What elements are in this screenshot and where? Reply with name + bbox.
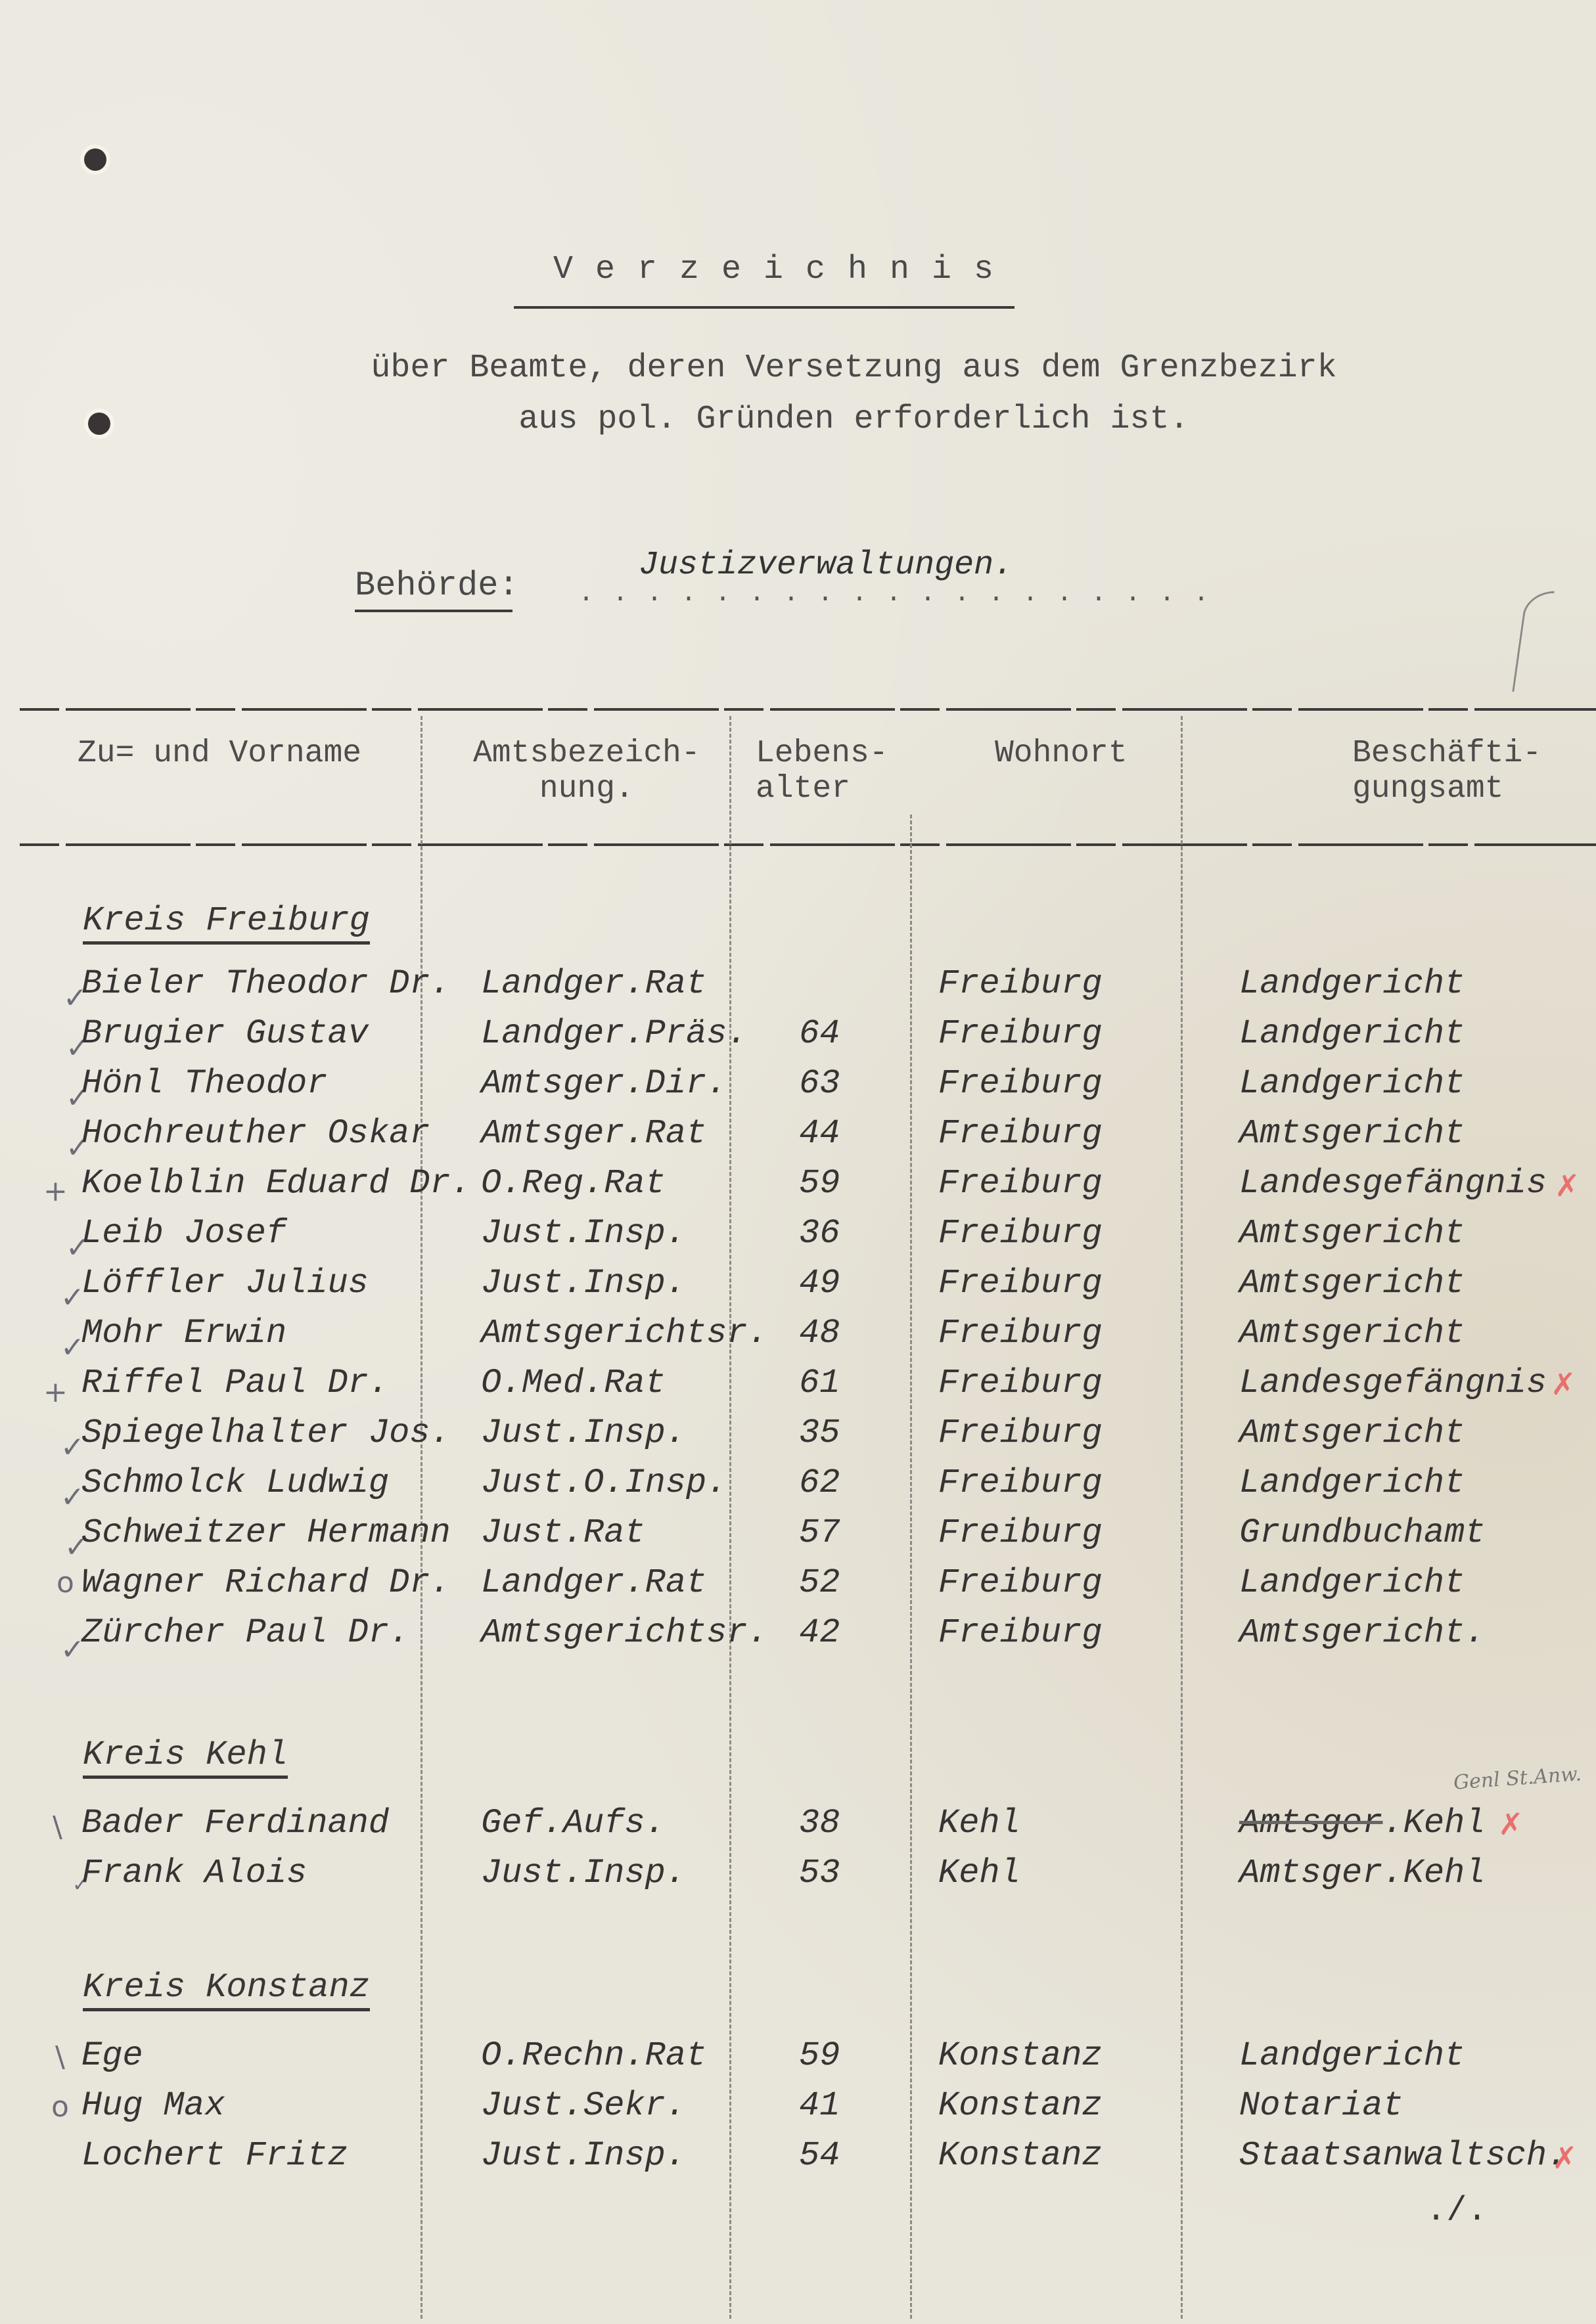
header-top-rule xyxy=(20,708,1596,711)
cell-residence: Freiburg xyxy=(938,1114,1103,1153)
cell-residence: Freiburg xyxy=(938,1214,1103,1253)
cell-office: Landgericht xyxy=(1239,1064,1465,1103)
column-header-name-line1: Zu= und Vorname xyxy=(78,736,361,771)
table-row: ✓ Frank Alois Just.Insp. 53 Kehl Amtsger… xyxy=(0,1854,1596,1904)
cell-title: Just.Sekr. xyxy=(481,2086,686,2125)
cell-name: Wagner Richard Dr. xyxy=(81,1563,451,1602)
cell-residence: Freiburg xyxy=(938,1414,1103,1452)
cell-office: Amtsgericht. xyxy=(1239,1613,1485,1652)
cell-residence: Freiburg xyxy=(938,1513,1103,1552)
cell-office: Landgericht xyxy=(1239,1014,1465,1053)
cell-title: Landger.Rat xyxy=(481,1563,706,1602)
table-row: o Wagner Richard Dr. Landger.Rat 52 Frei… xyxy=(0,1563,1596,1613)
cell-age: 36 xyxy=(799,1214,840,1253)
document-title: Verzeichnis xyxy=(0,251,1596,288)
table-row: ✓ Brugier Gustav Landger.Präs. 64 Freibu… xyxy=(0,1014,1596,1064)
cell-title: O.Med.Rat xyxy=(481,1364,666,1402)
column-header-name: Zu= und Vorname xyxy=(78,736,361,771)
cell-name: Bieler Theodor Dr. xyxy=(81,964,451,1003)
subtitle-line-2: aus pol. Gründen erforderlich ist. xyxy=(0,401,1596,438)
cell-office: Landesgefängnis xyxy=(1239,1364,1547,1402)
cell-name: Schweitzer Hermann xyxy=(81,1513,451,1552)
table-row: ✓ Mohr Erwin Amtsgerichtsr. 48 Freiburg … xyxy=(0,1314,1596,1364)
cell-age: 61 xyxy=(799,1364,840,1402)
cell-age: 63 xyxy=(799,1064,840,1103)
cell-office: Amtsger.Kehl xyxy=(1239,1804,1485,1843)
circle-mark-icon: o xyxy=(57,1566,74,1599)
cell-name: Hug Max xyxy=(81,2086,225,2125)
cell-residence: Freiburg xyxy=(938,1064,1103,1103)
table-row: ✓ Schmolck Ludwig Just.O.Insp. 62 Freibu… xyxy=(0,1464,1596,1513)
punch-hole-top xyxy=(84,148,106,171)
cell-age: 64 xyxy=(799,1014,840,1053)
cell-name: Schmolck Ludwig xyxy=(81,1464,389,1502)
table-row: ✓ Löffler Julius Just.Insp. 49 Freiburg … xyxy=(0,1264,1596,1314)
cell-name: Hochreuther Oskar xyxy=(81,1114,430,1153)
cell-office: Amtsgericht xyxy=(1239,1314,1465,1352)
red-x-mark-icon: ✗ xyxy=(1552,2140,1578,2176)
cell-age: 52 xyxy=(799,1563,840,1602)
slash-mark-icon: \ xyxy=(55,2040,65,2074)
cell-title: Just.Insp. xyxy=(481,2136,686,2175)
cell-title: Amtsgerichtsr. xyxy=(481,1613,768,1652)
plus-mark-icon: + xyxy=(43,1375,68,1409)
struck-text: Amtsger xyxy=(1239,1804,1382,1843)
subtitle-line-1: über Beamte, deren Versetzung aus dem Gr… xyxy=(0,349,1596,387)
cell-age: 41 xyxy=(799,2086,840,2125)
red-x-mark-icon: ✗ xyxy=(1551,1366,1576,1402)
cell-title: Landger.Präs. xyxy=(481,1014,748,1053)
plus-mark-icon: + xyxy=(43,1174,68,1208)
cell-title: Just.O.Insp. xyxy=(481,1464,727,1502)
section-heading-kehl: Kreis Kehl xyxy=(83,1735,288,1779)
cell-name: Hönl Theodor xyxy=(81,1064,327,1103)
red-x-mark-icon: ✗ xyxy=(1555,1168,1580,1203)
header-bottom-rule xyxy=(20,843,1596,846)
cell-age: 35 xyxy=(799,1414,840,1452)
cell-name: Mohr Erwin xyxy=(81,1314,286,1352)
cell-age: 48 xyxy=(799,1314,840,1352)
continuation-mark: ./. xyxy=(1426,2191,1488,2230)
cell-age: 54 xyxy=(799,2136,840,2175)
table-row: ✓ Bieler Theodor Dr. Landger.Rat Freibur… xyxy=(0,964,1596,1014)
cell-office: Landesgefängnis xyxy=(1239,1164,1547,1203)
cell-office: Landgericht xyxy=(1239,1464,1465,1502)
column-header-office-line2: gungsamt xyxy=(1352,771,1541,807)
column-header-age-line2: alter xyxy=(756,771,888,807)
cell-residence: Freiburg xyxy=(938,1613,1103,1652)
column-header-age: Lebens- alter xyxy=(756,736,888,807)
cell-title: Amtsger.Dir. xyxy=(481,1064,727,1103)
cell-age: 62 xyxy=(799,1464,840,1502)
cell-residence: Konstanz xyxy=(938,2136,1103,2175)
cell-residence: Freiburg xyxy=(938,1563,1103,1602)
cell-name: Leib Josef xyxy=(81,1214,286,1253)
cell-name: Frank Alois xyxy=(81,1854,307,1892)
column-header-residence-line1: Wohnort xyxy=(995,736,1128,771)
cell-name: Lochert Fritz xyxy=(81,2136,348,2175)
cell-office: Landgericht xyxy=(1239,964,1465,1003)
cell-title: Gef.Aufs. xyxy=(481,1804,666,1843)
cell-residence: Kehl xyxy=(938,1804,1020,1843)
cell-residence: Freiburg xyxy=(938,1164,1103,1203)
slash-mark-icon: \ xyxy=(53,1810,62,1844)
column-header-office: Beschäfti- gungsamt xyxy=(1352,736,1541,807)
cell-title: O.Rechn.Rat xyxy=(481,2036,706,2075)
cell-title: Amtsger.Rat xyxy=(481,1114,706,1153)
table-row: + Koelblin Eduard Dr. O.Reg.Rat 59 Freib… xyxy=(0,1164,1596,1214)
red-x-mark-icon: ✗ xyxy=(1498,1806,1524,1842)
cell-age: 57 xyxy=(799,1513,840,1552)
cell-name: Ege xyxy=(81,2036,143,2075)
cell-residence: Freiburg xyxy=(938,1264,1103,1303)
table-row: Lochert Fritz Just.Insp. 54 Konstanz Sta… xyxy=(0,2136,1596,2186)
table-row: ✓ Hönl Theodor Amtsger.Dir. 63 Freiburg … xyxy=(0,1064,1596,1114)
column-header-age-line1: Lebens- xyxy=(756,736,888,771)
cell-name: Brugier Gustav xyxy=(81,1014,369,1053)
cell-name: Bader Ferdinand xyxy=(81,1804,389,1843)
cell-residence: Freiburg xyxy=(938,1364,1103,1402)
title-underline xyxy=(514,306,1015,309)
cell-office: Amtsgericht xyxy=(1239,1414,1465,1452)
cell-name: Spiegelhalter Jos. xyxy=(81,1414,451,1452)
cell-residence: Kehl xyxy=(938,1854,1020,1892)
cell-title: Amtsgerichtsr. xyxy=(481,1314,768,1352)
cell-age: 38 xyxy=(799,1804,840,1843)
authority-dotted-line: ................... xyxy=(578,579,1227,609)
cell-title: Landger.Rat xyxy=(481,964,706,1003)
cell-title: Just.Insp. xyxy=(481,1414,686,1452)
cell-residence: Konstanz xyxy=(938,2036,1103,2075)
cell-name: Löffler Julius xyxy=(81,1264,369,1303)
authority-label: Behörde: xyxy=(355,566,519,605)
section-heading-konstanz: Kreis Konstanz xyxy=(83,1968,370,2011)
cell-office: Amtsgericht xyxy=(1239,1114,1465,1153)
cell-title: Just.Insp. xyxy=(481,1214,686,1253)
cell-age: 59 xyxy=(799,1164,840,1203)
table-row: ✓ Schweitzer Hermann Just.Rat 57 Freibur… xyxy=(0,1513,1596,1563)
table-row: ✓ Leib Josef Just.Insp. 36 Freiburg Amts… xyxy=(0,1214,1596,1264)
column-header-title-line1: Amtsbezeich- xyxy=(473,736,700,771)
cell-title: Just.Insp. xyxy=(481,1854,686,1892)
cell-age: 44 xyxy=(799,1114,840,1153)
column-header-residence: Wohnort xyxy=(995,736,1128,771)
cell-office: Grundbuchamt xyxy=(1239,1513,1485,1552)
table-row: ✓ Hochreuther Oskar Amtsger.Rat 44 Freib… xyxy=(0,1114,1596,1164)
table-row: \ Bader Ferdinand Gef.Aufs. 38 Kehl Amts… xyxy=(0,1804,1596,1854)
cell-office: Landgericht xyxy=(1239,2036,1465,2075)
cell-office: Staatsanwaltsch. xyxy=(1239,2136,1567,2175)
cell-age: 59 xyxy=(799,2036,840,2075)
cell-name: Zürcher Paul Dr. xyxy=(81,1613,409,1652)
column-header-office-line1: Beschäfti- xyxy=(1352,736,1541,771)
cell-residence: Freiburg xyxy=(938,1314,1103,1352)
cell-title: Just.Insp. xyxy=(481,1264,686,1303)
column-header-title: Amtsbezeich- nung. xyxy=(473,736,700,807)
cell-age: 49 xyxy=(799,1264,840,1303)
cell-office: Amtsgericht xyxy=(1239,1264,1465,1303)
table-row: + Riffel Paul Dr. O.Med.Rat 61 Freiburg … xyxy=(0,1364,1596,1414)
cell-title: Just.Rat xyxy=(481,1513,645,1552)
cell-age: 53 xyxy=(799,1854,840,1892)
cell-age: 42 xyxy=(799,1613,840,1652)
table-row: o Hug Max Just.Sekr. 41 Konstanz Notaria… xyxy=(0,2086,1596,2136)
authority-label-underline xyxy=(355,610,513,612)
cell-office: Notariat xyxy=(1239,2086,1403,2125)
cell-office: Amtsgericht xyxy=(1239,1214,1465,1253)
cell-name: Koelblin Eduard Dr. xyxy=(81,1164,471,1203)
table-row: ✓ Zürcher Paul Dr. Amtsgerichtsr. 42 Fre… xyxy=(0,1613,1596,1663)
cell-title: O.Reg.Rat xyxy=(481,1164,666,1203)
cell-name: Riffel Paul Dr. xyxy=(81,1364,389,1402)
authority-value: Justizverwaltungen. xyxy=(639,547,1013,584)
cell-residence: Freiburg xyxy=(938,1464,1103,1502)
cell-office: Landgericht xyxy=(1239,1563,1465,1602)
cell-residence: Konstanz xyxy=(938,2086,1103,2125)
cell-residence: Freiburg xyxy=(938,1014,1103,1053)
circle-mark-icon: o xyxy=(51,2090,69,2124)
cell-office: Amtsger.Kehl xyxy=(1239,1854,1485,1892)
cell-residence: Freiburg xyxy=(938,964,1103,1003)
table-row: \ Ege O.Rechn.Rat 59 Konstanz Landgerich… xyxy=(0,2036,1596,2086)
column-header-title-line2: nung. xyxy=(473,771,700,807)
table-row: ✓ Spiegelhalter Jos. Just.Insp. 35 Freib… xyxy=(0,1414,1596,1464)
section-heading-freiburg: Kreis Freiburg xyxy=(83,901,370,945)
